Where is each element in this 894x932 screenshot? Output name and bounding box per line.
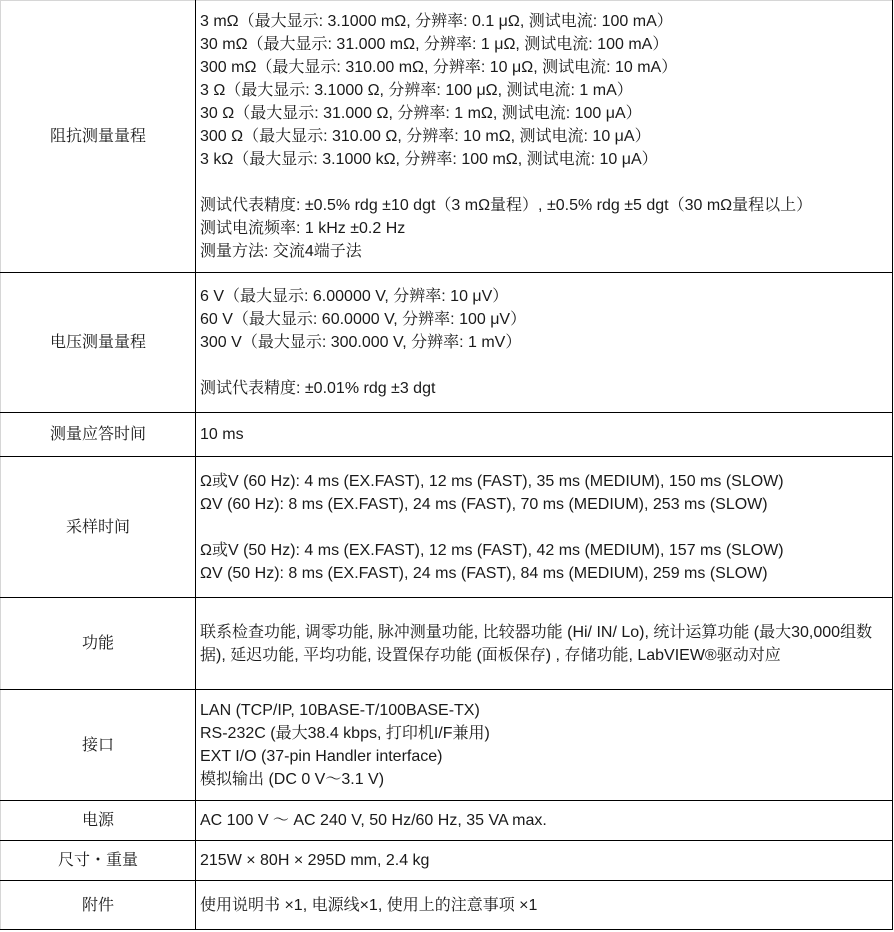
- table-row: 采样时间 Ω或V (60 Hz): 4 ms (EX.FAST), 12 ms …: [1, 457, 893, 598]
- spec-row-label: 功能: [1, 598, 196, 690]
- table-row: 接口 LAN (TCP/IP, 10BASE-T/100BASE-TX) RS-…: [1, 690, 893, 801]
- spec-row-value: 联系检查功能, 调零功能, 脉冲测量功能, 比较器功能 (Hi/ IN/ Lo)…: [196, 598, 893, 690]
- table-row: 功能 联系检查功能, 调零功能, 脉冲测量功能, 比较器功能 (Hi/ IN/ …: [1, 598, 893, 690]
- table-row: 电压测量量程 6 V（最大显示: 6.00000 V, 分辨率: 10 μV） …: [1, 273, 893, 413]
- spec-sheet: 阻抗测量量程 3 mΩ（最大显示: 3.1000 mΩ, 分辨率: 0.1 μΩ…: [0, 0, 894, 932]
- spec-row-label: 采样时间: [1, 457, 196, 598]
- table-row: 尺寸・重量 215W × 80H × 295D mm, 2.4 kg: [1, 841, 893, 881]
- spec-row-value: AC 100 V 〜 AC 240 V, 50 Hz/60 Hz, 35 VA …: [196, 801, 893, 841]
- spec-table: 阻抗测量量程 3 mΩ（最大显示: 3.1000 mΩ, 分辨率: 0.1 μΩ…: [0, 0, 893, 930]
- spec-row-label: 电压测量量程: [1, 273, 196, 413]
- spec-row-value: 215W × 80H × 295D mm, 2.4 kg: [196, 841, 893, 881]
- spec-row-value: 使用说明书 ×1, 电源线×1, 使用上的注意事项 ×1: [196, 881, 893, 930]
- spec-row-label: 电源: [1, 801, 196, 841]
- table-row: 电源 AC 100 V 〜 AC 240 V, 50 Hz/60 Hz, 35 …: [1, 801, 893, 841]
- table-row: 阻抗测量量程 3 mΩ（最大显示: 3.1000 mΩ, 分辨率: 0.1 μΩ…: [1, 1, 893, 273]
- spec-row-label: 阻抗测量量程: [1, 1, 196, 273]
- spec-row-value: 10 ms: [196, 413, 893, 457]
- spec-row-label: 测量应答时间: [1, 413, 196, 457]
- spec-row-label: 尺寸・重量: [1, 841, 196, 881]
- spec-row-label: 附件: [1, 881, 196, 930]
- spec-row-label: 接口: [1, 690, 196, 801]
- spec-row-value: Ω或V (60 Hz): 4 ms (EX.FAST), 12 ms (FAST…: [196, 457, 893, 598]
- spec-table-body: 阻抗测量量程 3 mΩ（最大显示: 3.1000 mΩ, 分辨率: 0.1 μΩ…: [1, 1, 893, 930]
- spec-row-value: LAN (TCP/IP, 10BASE-T/100BASE-TX) RS-232…: [196, 690, 893, 801]
- table-row: 测量应答时间 10 ms: [1, 413, 893, 457]
- table-row: 附件 使用说明书 ×1, 电源线×1, 使用上的注意事项 ×1: [1, 881, 893, 930]
- spec-row-value: 3 mΩ（最大显示: 3.1000 mΩ, 分辨率: 0.1 μΩ, 测试电流:…: [196, 1, 893, 273]
- spec-row-value: 6 V（最大显示: 6.00000 V, 分辨率: 10 μV） 60 V（最大…: [196, 273, 893, 413]
